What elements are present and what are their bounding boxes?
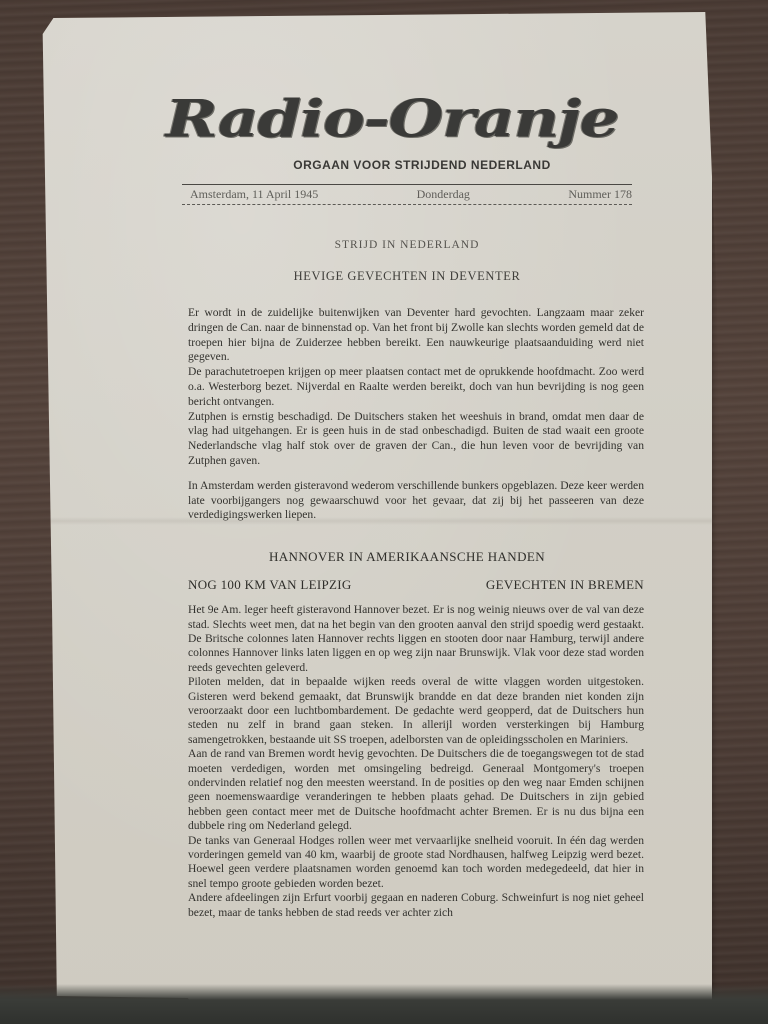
article-paragraph: Zutphen is ernstig beschadigd. De Duitsc… [188, 410, 644, 469]
article-paragraph: Piloten melden, dat in bepaalde wijken r… [188, 675, 644, 747]
issue-place-date: Amsterdam, 11 April 1945 [190, 187, 318, 202]
article-paragraph: De parachutetroepen krijgen op meer plaa… [188, 365, 644, 409]
article-headline-deventer: HEVIGE GEVECHTEN IN DEVENTER [182, 269, 632, 284]
newspaper-content: Radio-Oranje ORGAAN VOOR STRIJDEND NEDER… [152, 82, 632, 920]
article-paragraph: In Amsterdam werden gisteravond wederom … [188, 479, 644, 523]
header-rule [182, 184, 632, 185]
article-body-deventer: Er wordt in de zuidelijke buitenwijken v… [188, 306, 644, 523]
masthead-title: Radio-Oranje [123, 90, 661, 147]
masthead: Radio-Oranje [152, 88, 632, 166]
article-paragraph: Het 9e Am. leger heeft gisteravond Hanno… [188, 603, 644, 675]
subhead-bremen: GEVECHTEN IN BREMEN [486, 577, 644, 593]
issue-number: Nummer 178 [568, 187, 632, 202]
article-paragraph: Andere afdeelingen zijn Erfurt voorbij g… [188, 891, 644, 920]
issue-meta: Amsterdam, 11 April 1945 Donderdag Numme… [190, 187, 632, 202]
article-body-hannover: Het 9e Am. leger heeft gisteravond Hanno… [188, 603, 644, 920]
article-paragraph: De tanks van Generaal Hodges rollen weer… [188, 834, 644, 892]
header-rule-dashed [182, 204, 632, 205]
issue-weekday: Donderdag [417, 187, 470, 202]
subhead-leipzig: NOG 100 KM VAN LEIPZIG [188, 577, 352, 593]
article-paragraph: Er wordt in de zuidelijke buitenwijken v… [188, 306, 644, 365]
section-kicker: STRIJD IN NEDERLAND [182, 239, 632, 251]
article-headline-hannover: HANNOVER IN AMERIKAANSCHE HANDEN [182, 549, 632, 565]
article-paragraph: Aan de rand van Bremen wordt hevig gevoc… [188, 747, 644, 833]
background-floor [0, 984, 768, 1024]
article-subheads: NOG 100 KM VAN LEIPZIG GEVECHTEN IN BREM… [188, 577, 644, 593]
